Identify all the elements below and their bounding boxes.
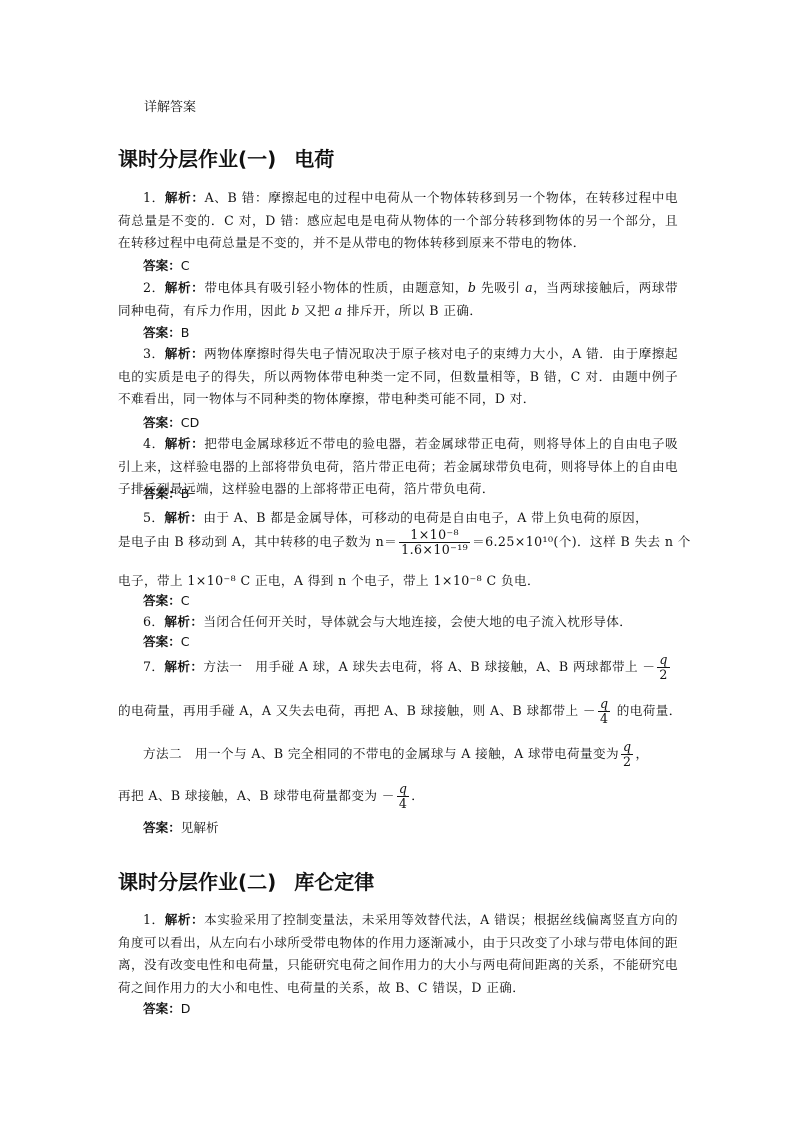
answer-value: C bbox=[181, 593, 190, 608]
fraction-denominator: 4 bbox=[598, 712, 610, 726]
s1-item-5-line-2: 是电子由 B 移动到 A，其中转移的电子数为 n＝1×10⁻⁸1.6×10⁻¹⁹… bbox=[118, 528, 691, 557]
s1-item-3-answer: 答案：CD bbox=[143, 412, 199, 434]
item-number: 7． bbox=[143, 659, 164, 674]
analysis-text: 带电体具有吸引轻小物体的性质，由题意知， bbox=[204, 280, 468, 295]
fraction-numerator: 1×10⁻⁸ bbox=[399, 528, 470, 543]
document-page: 详解答案 课时分层作业(一)电荷 1．解析：A、B 错：摩擦起电的过程中电荷从一… bbox=[0, 0, 793, 1122]
item-number: 5． bbox=[143, 510, 164, 525]
fraction: q2 bbox=[621, 740, 633, 769]
item-number: 6． bbox=[143, 614, 164, 629]
s1-item-4-analysis: 4．解析：把带电金属球移近不带电的验电器，若金属球带正电荷，则将导体上的自由电子… bbox=[118, 433, 678, 501]
item-number: 4． bbox=[143, 436, 165, 451]
s1-item-3-analysis: 3．解析：两物体摩擦时得失电子情况取决于原子核对电子的束缚力大小，A 错．由于摩… bbox=[118, 343, 678, 411]
answer-label: 答案： bbox=[143, 593, 181, 608]
fraction: q2 bbox=[657, 653, 669, 682]
fraction-denominator: 2 bbox=[621, 755, 633, 769]
analysis-text: 又把 bbox=[300, 303, 335, 318]
s1-item-2-answer: 答案：B bbox=[143, 322, 189, 344]
analysis-text: 方法一 用手碰 A 球，A 球失去电荷，将 A、B 球接触，A、B 两球都带上 … bbox=[203, 659, 655, 674]
analysis-text: 的电荷量． bbox=[612, 703, 681, 718]
item-number: 1． bbox=[143, 190, 165, 205]
s1-item-7-line-2: 的电荷量，再用手碰 A，A 又失去电荷，再把 A、B 球接触，则 A、B 球都带… bbox=[118, 697, 682, 726]
variable: a bbox=[525, 280, 533, 295]
s1-item-5-line-1: 5．解析：由于 A、B 都是金属导体，可移动的电荷是自由电子，A 带上负电荷的原… bbox=[143, 507, 648, 526]
item-number: 1． bbox=[143, 912, 165, 927]
s1-item-4-answer: 答案：B bbox=[143, 483, 189, 505]
s1-item-6-answer: 答案：C bbox=[143, 631, 190, 653]
fraction-denominator: 4 bbox=[397, 797, 409, 811]
analysis-text: ， bbox=[635, 746, 648, 761]
s1-item-7-line-1: 7．解析：方法一 用手碰 A 球，A 球失去电荷，将 A、B 球接触，A、B 两… bbox=[143, 653, 672, 682]
analysis-label: 解析： bbox=[164, 510, 203, 525]
s1-item-7-line-4: 再把 A、B 球接触，A、B 球带电荷量都变为 －q4． bbox=[118, 782, 424, 811]
analysis-text: 先吸引 bbox=[476, 280, 525, 295]
answer-label: 答案： bbox=[143, 325, 181, 340]
answer-value: 见解析 bbox=[181, 820, 219, 835]
answer-value: C bbox=[181, 634, 190, 649]
s1-item-5-answer: 答案：C bbox=[143, 590, 190, 612]
analysis-text: 方法二 用一个与 A、B 完全相同的不带电的金属球与 A 接触，A 球带电荷量变… bbox=[143, 746, 619, 761]
section-2-title-main: 课时分层作业(二) bbox=[118, 870, 276, 894]
section-1-title-main: 课时分层作业(一) bbox=[118, 147, 276, 171]
analysis-label: 解析： bbox=[165, 280, 205, 295]
answer-label: 答案： bbox=[143, 415, 181, 430]
s1-item-2-analysis: 2．解析：带电体具有吸引轻小物体的性质，由题意知，b 先吸引 a，当两球接触后，… bbox=[118, 277, 678, 322]
s1-item-1-answer: 答案：C bbox=[143, 255, 190, 277]
answer-value: D bbox=[181, 1001, 191, 1016]
s2-item-1-answer: 答案：D bbox=[143, 998, 190, 1020]
analysis-text: 的电荷量，再用手碰 A，A 又失去电荷，再把 A、B 球接触，则 A、B 球都带… bbox=[118, 703, 596, 718]
analysis-text: 电子，带上 1×10⁻⁸ C 正电，A 得到 n 个电子，带上 1×10⁻⁸ C… bbox=[118, 573, 540, 588]
answer-label: 答案： bbox=[143, 258, 181, 273]
section-1-title: 课时分层作业(一)电荷 bbox=[118, 143, 334, 172]
fraction-denominator: 1.6×10⁻¹⁹ bbox=[399, 543, 470, 557]
analysis-text: 再把 A、B 球接触，A、B 球带电荷量都变为 － bbox=[118, 788, 395, 803]
fraction: 1×10⁻⁸1.6×10⁻¹⁹ bbox=[399, 528, 470, 557]
analysis-text: 排斥开，所以 B 正确． bbox=[343, 303, 483, 318]
answer-label: 答案： bbox=[143, 486, 181, 501]
s1-item-6-analysis: 6．解析：当闭合任何开关时，导体就会与大地连接，会使大地的电子流入枕形导体． bbox=[143, 611, 632, 630]
analysis-label: 解析： bbox=[164, 614, 203, 629]
analysis-label: 解析： bbox=[165, 346, 204, 361]
analysis-label: 解析： bbox=[164, 659, 203, 674]
s2-item-1-analysis: 1．解析：本实验采用了控制变量法，未采用等效替代法，A 错误；根据丝线偏离竖直方… bbox=[118, 909, 678, 999]
s1-item-1-analysis: 1．解析：A、B 错：摩擦起电的过程中电荷从一个物体转移到另一个物体，在转移过程… bbox=[118, 187, 678, 255]
section-1-title-topic: 电荷 bbox=[294, 147, 334, 171]
fraction-denominator: 2 bbox=[657, 668, 669, 682]
analysis-text: 当闭合任何开关时，导体就会与大地连接，会使大地的电子流入枕形导体． bbox=[203, 614, 632, 629]
header-label: 详解答案 bbox=[144, 96, 196, 115]
fraction-numerator: q bbox=[621, 740, 633, 755]
analysis-text: 由于 A、B 都是金属导体，可移动的电荷是自由电子，A 带上负电荷的原因， bbox=[203, 510, 648, 525]
analysis-label: 解析： bbox=[165, 436, 205, 451]
analysis-text: ． bbox=[411, 788, 424, 803]
variable: b bbox=[291, 303, 299, 318]
section-2-title: 课时分层作业(二)库仑定律 bbox=[118, 866, 374, 895]
answer-value: CD bbox=[181, 415, 200, 430]
answer-label: 答案： bbox=[143, 634, 181, 649]
analysis-label: 解析： bbox=[165, 190, 205, 205]
s1-item-7-answer: 答案：见解析 bbox=[143, 817, 219, 839]
fraction-numerator: q bbox=[657, 653, 669, 668]
fraction: q4 bbox=[598, 697, 610, 726]
item-number: 2． bbox=[143, 280, 165, 295]
analysis-text: ＝6.25×10¹⁰(个)．这样 B 失去 n 个 bbox=[472, 534, 691, 549]
s1-item-7-line-3: 方法二 用一个与 A、B 完全相同的不带电的金属球与 A 接触，A 球带电荷量变… bbox=[143, 740, 648, 769]
answer-label: 答案： bbox=[143, 820, 181, 835]
variable: a bbox=[335, 303, 343, 318]
answer-value: B bbox=[181, 325, 190, 340]
s1-item-5-line-3: 电子，带上 1×10⁻⁸ C 正电，A 得到 n 个电子，带上 1×10⁻⁸ C… bbox=[118, 570, 540, 589]
fraction: q4 bbox=[397, 782, 409, 811]
answer-value: C bbox=[181, 258, 190, 273]
answer-label: 答案： bbox=[143, 1001, 181, 1016]
analysis-label: 解析： bbox=[165, 912, 204, 927]
fraction-numerator: q bbox=[397, 782, 409, 797]
analysis-text: 是电子由 B 移动到 A，其中转移的电子数为 n＝ bbox=[118, 534, 397, 549]
fraction-numerator: q bbox=[598, 697, 610, 712]
answer-value: B bbox=[181, 486, 190, 501]
item-number: 3． bbox=[143, 346, 165, 361]
section-2-title-topic: 库仑定律 bbox=[294, 870, 374, 894]
